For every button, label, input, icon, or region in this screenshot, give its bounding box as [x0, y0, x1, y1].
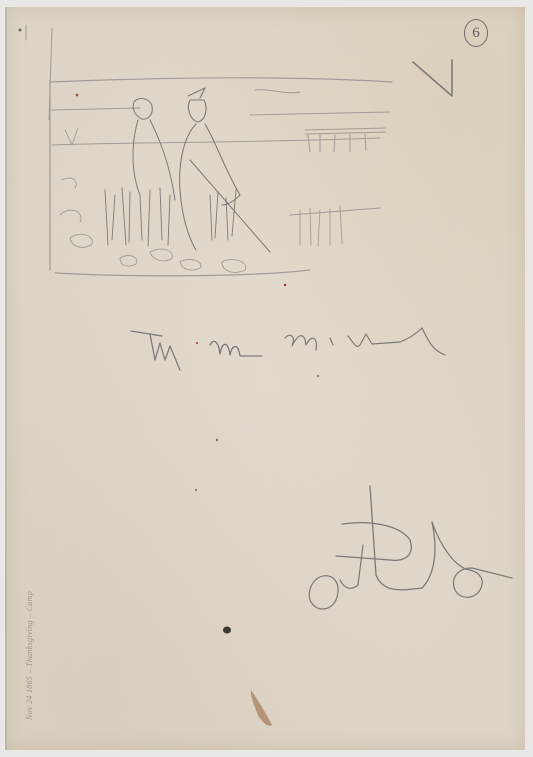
check-mark — [413, 60, 452, 96]
speck — [195, 489, 197, 491]
speck — [19, 29, 22, 32]
dark-stain — [223, 627, 231, 634]
artwork-stage: 6 Nov 24 1865 – Thanksgiving – Camp — [0, 0, 533, 757]
rust-smudge — [251, 690, 272, 726]
middle-scribble — [131, 328, 445, 370]
rust-speck — [76, 94, 79, 97]
sketch-scene — [50, 78, 392, 276]
pencil-drawing — [0, 0, 533, 757]
fold-mark — [26, 25, 52, 120]
red-speck — [284, 284, 286, 286]
red-speck — [196, 342, 198, 344]
speck — [317, 375, 319, 377]
speck — [216, 439, 218, 441]
lower-right-scribble — [309, 486, 512, 609]
